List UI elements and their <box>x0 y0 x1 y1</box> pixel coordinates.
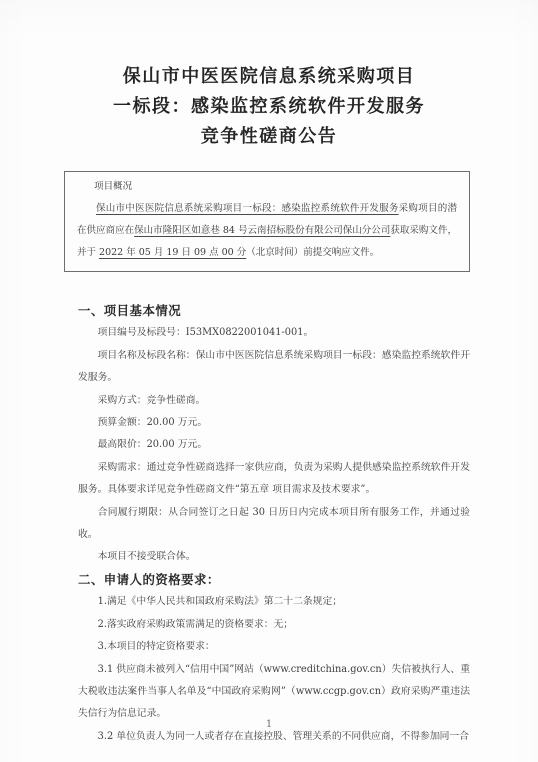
paragraph-project-number: 项目编号及标段号：I53MX0822001041-001。 <box>78 322 470 344</box>
paragraph-procurement-demand: 采购需求：通过竞争性磋商选择一家供应商，负责为采购人提供感染监控系统软件开发服务… <box>78 457 470 502</box>
paragraph-procurement-method: 采购方式：竞争性磋商。 <box>78 390 470 412</box>
overview-run: （北京时间）前提交响应文件。 <box>246 247 379 258</box>
paragraph-qualification-3: 3.本项目的特定资格要求： <box>78 636 470 658</box>
section-heading-basic-info: 一、项目基本情况 <box>78 300 470 322</box>
overview-run-deadline: 2022 年 05 月 19 日 09 点 00 分 <box>99 247 246 258</box>
overview-label: 项目概况 <box>77 176 457 198</box>
overview-run-project-name: 保山市中医医院信息系统采购项目一标段：感染监控系统软件开发服务 <box>96 203 399 214</box>
document-body: 一、项目基本情况 项目编号及标段号：I53MX0822001041-001。 项… <box>78 300 470 748</box>
paragraph-price-cap: 最高限价：20.00 万元。 <box>78 434 470 456</box>
document-page: 保山市中医医院信息系统采购项目 一标段：感染监控系统软件开发服务 竞争性磋商公告… <box>0 0 538 762</box>
document-title: 保山市中医医院信息系统采购项目 一标段：感染监控系统软件开发服务 竞争性磋商公告 <box>20 62 518 152</box>
page-number: 1 <box>0 719 538 730</box>
overview-paragraph: 保山市中医医院信息系统采购项目一标段：感染监控系统软件开发服务采购项目的潜在供应… <box>77 198 457 264</box>
paragraph-qualification-1: 1.满足《中华人民共和国政府采购法》第二十二条规定； <box>78 591 470 613</box>
paragraph-project-name: 项目名称及标段名称：保山市中医医院信息系统采购项目一标段：感染监控系统软件开发服… <box>78 345 470 390</box>
paragraph-qualification-2: 2.落实政府采购政策需满足的资格要求：无； <box>78 614 470 636</box>
document-title-line: 一标段：感染监控系统软件开发服务 <box>20 92 518 122</box>
paragraph-budget: 预算金额：20.00 万元。 <box>78 412 470 434</box>
paragraph-qualification-3-1: 3.1 供应商未被列入“信用中国”网站（www.creditchina.gov.… <box>78 659 470 726</box>
paragraph-no-consortium: 本项目不接受联合体。 <box>78 546 470 568</box>
paragraph-contract-term: 合同履行期限：从合同签订之日起 30 日历日内完成本项目所有服务工作，并通过验收… <box>78 502 470 547</box>
project-overview-box: 项目概况 保山市中医医院信息系统采购项目一标段：感染监控系统软件开发服务采购项目… <box>64 171 470 272</box>
document-title-line: 保山市中医医院信息系统采购项目 <box>20 62 518 92</box>
section-heading-qualifications: 二、申请人的资格要求： <box>78 569 470 591</box>
scan-artifact <box>437 734 442 739</box>
document-title-line: 竞争性磋商公告 <box>20 122 518 152</box>
overview-run-address: 保山市隆阳区如意巷 84 号云南招标股份有限公司保山分公司 <box>134 225 390 236</box>
